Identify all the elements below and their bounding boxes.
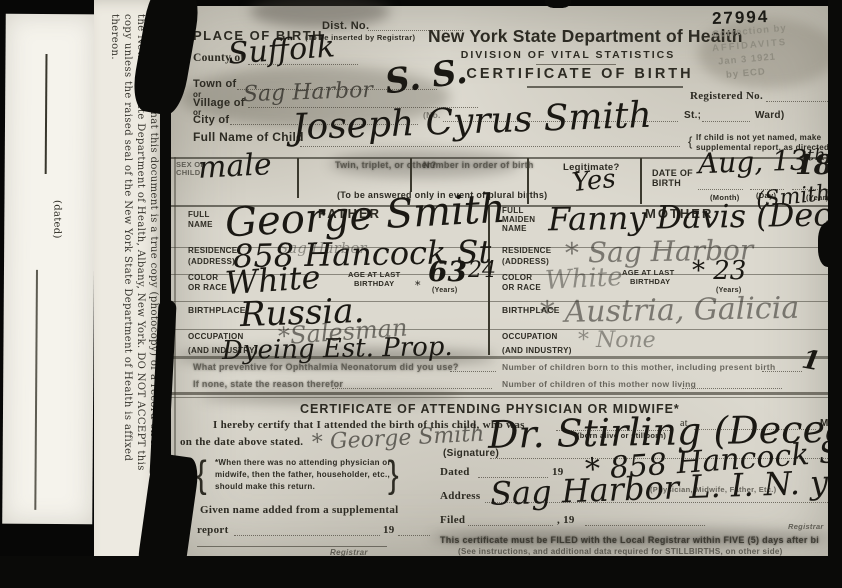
father-color-label: OR RACE (188, 283, 227, 292)
brace-glyph: } (388, 452, 399, 496)
brace-glyph: { (196, 452, 207, 496)
rule (536, 64, 616, 65)
filed-label: Filed (440, 514, 465, 526)
filing-instruction-bold: This certificate must be FILED with the … (440, 535, 819, 545)
dated-label: (dated) (51, 200, 62, 239)
divider-line (640, 158, 642, 204)
twin-label: Twin, triplet, or other? (335, 160, 437, 170)
dated-card: (dated) (2, 14, 96, 525)
no-attending-note-line: should make this return. (215, 482, 315, 491)
mother-age-label: BIRTHDAY (630, 277, 670, 286)
sex-label: CHILD (176, 168, 200, 177)
filing-instruction-note: (See instructions, and additional data r… (458, 547, 783, 556)
registered-no-line (766, 101, 828, 102)
town-label: Town of (193, 78, 236, 90)
rule (168, 392, 832, 395)
filed-line (468, 525, 553, 526)
no-attending-note-line: midwife, then the father, householder, e… (215, 470, 390, 479)
scan-edge-band (828, 0, 842, 588)
legitimate-value: Yes (571, 166, 617, 196)
given-name-year-line (398, 535, 430, 536)
given-name-line (234, 535, 380, 536)
dob-label: BIRTH (652, 178, 681, 188)
registered-no-label: Registered No. (690, 90, 763, 102)
margin-note-line: copy unless the raised seal of the New Y… (121, 14, 134, 472)
father-residence-label: RESIDENCE (188, 246, 237, 255)
divider-line (527, 158, 529, 204)
filed-year-line (585, 525, 705, 526)
county-value: Suffolk (227, 32, 336, 69)
mother-name-label: FULL (502, 206, 524, 215)
given-name-note-line: Given name added from a supplemental (200, 504, 399, 516)
father-age-value: 63 (428, 258, 467, 286)
no-attending-note-line: *When there was no attending physician o… (215, 458, 391, 467)
rule (168, 397, 832, 398)
street-label: St.; (684, 110, 701, 121)
village-value: Sag Harbor (243, 80, 374, 107)
ward-label: Ward) (755, 110, 784, 121)
dated-card-line (34, 270, 38, 510)
if-none-label: If none, state the reason therefor (193, 379, 343, 389)
address-label: Address (440, 490, 480, 502)
scanned-birth-certificate: (dated) This is to certify that this doc… (0, 0, 842, 588)
mother-birthplace-value: * Austria, Galicia (540, 294, 800, 329)
ophthalmia-question-label: What preventive for Ophthalmia Neonatoru… (193, 362, 459, 372)
month-line (698, 189, 743, 190)
mother-color-label: COLOR (502, 273, 532, 282)
mother-occupation-label: OCCUPATION (502, 332, 558, 341)
street-line (702, 121, 750, 122)
division-subtitle: DIVISION OF VITAL STATISTICS (428, 49, 708, 61)
city-label: City of (193, 114, 229, 126)
birth-order-label: Number in order of birth (423, 160, 534, 170)
father-age-alt-value: 24 (468, 260, 496, 282)
child-name-line (300, 146, 680, 147)
mother-name-label: NAME (502, 224, 527, 233)
department-title: New York State Department of Health (428, 26, 708, 47)
rule (527, 86, 683, 88)
divider-line (410, 158, 412, 192)
mother-name-value: Fanny Davis (Deceased) (548, 197, 842, 236)
mother-occupation-label: (AND INDUSTRY) (502, 346, 572, 355)
scan-bottom-band (0, 556, 842, 588)
mother-color-label: OR RACE (502, 283, 541, 292)
children-living-line (682, 388, 782, 389)
brace-glyph: { (688, 134, 693, 149)
given-name-note-line: report (197, 524, 229, 536)
dob-label: DATE OF (652, 168, 693, 178)
mother-age-label: AGE AT LAST (622, 268, 674, 277)
father-age-label: BIRTHDAY (354, 279, 394, 288)
certificate-of-birth-title: CERTIFICATE OF BIRTH (450, 66, 710, 82)
children-born-label: Number of children born to this mother, … (502, 362, 775, 372)
certify-text: on the date above stated. (180, 436, 303, 448)
filed-year-prefix: , 19 (557, 514, 575, 526)
child-name-label: Full Name of Child (193, 130, 304, 144)
dated-card-line (45, 54, 48, 174)
scan-edge-blob (818, 222, 842, 267)
mother-occupation-value: * None (578, 330, 656, 352)
father-years-label: (Years) (432, 287, 457, 294)
father-age-star: * (415, 280, 421, 291)
father-name-label: FULL (188, 210, 210, 219)
children-living-label: Number of children of this mother now li… (502, 379, 696, 389)
father-occupation-industry-value: Dyeing Est. Prop. (222, 334, 453, 364)
mother-residence-label: RESIDENCE (502, 246, 551, 255)
unnamed-note-line: If child is not yet named, make (696, 133, 821, 142)
dated-label: Dated (440, 466, 470, 478)
father-color-label: COLOR (188, 273, 218, 282)
sex-value: male (197, 150, 272, 184)
margin-note-line: thereon. (108, 14, 121, 472)
mother-residence-label: (ADDRESS) (502, 257, 549, 266)
year-prefix: 19 (383, 524, 395, 536)
mother-color-value: White (544, 264, 623, 294)
father-name-label: NAME (188, 220, 213, 229)
ss-mark: S. S. (383, 54, 469, 99)
father-age-label: AGE AT LAST (348, 270, 400, 279)
father-birthplace-label: BIRTHPLACE (188, 305, 246, 315)
mother-age-value: * 23 (692, 258, 746, 284)
registrar-label: Registrar (788, 522, 824, 531)
rule (197, 546, 387, 547)
ophthalmia-line (450, 371, 496, 372)
divider-line (297, 158, 299, 198)
children-born-line (762, 371, 802, 372)
mother-name-label: MAIDEN (502, 215, 535, 224)
if-none-line (332, 388, 492, 389)
